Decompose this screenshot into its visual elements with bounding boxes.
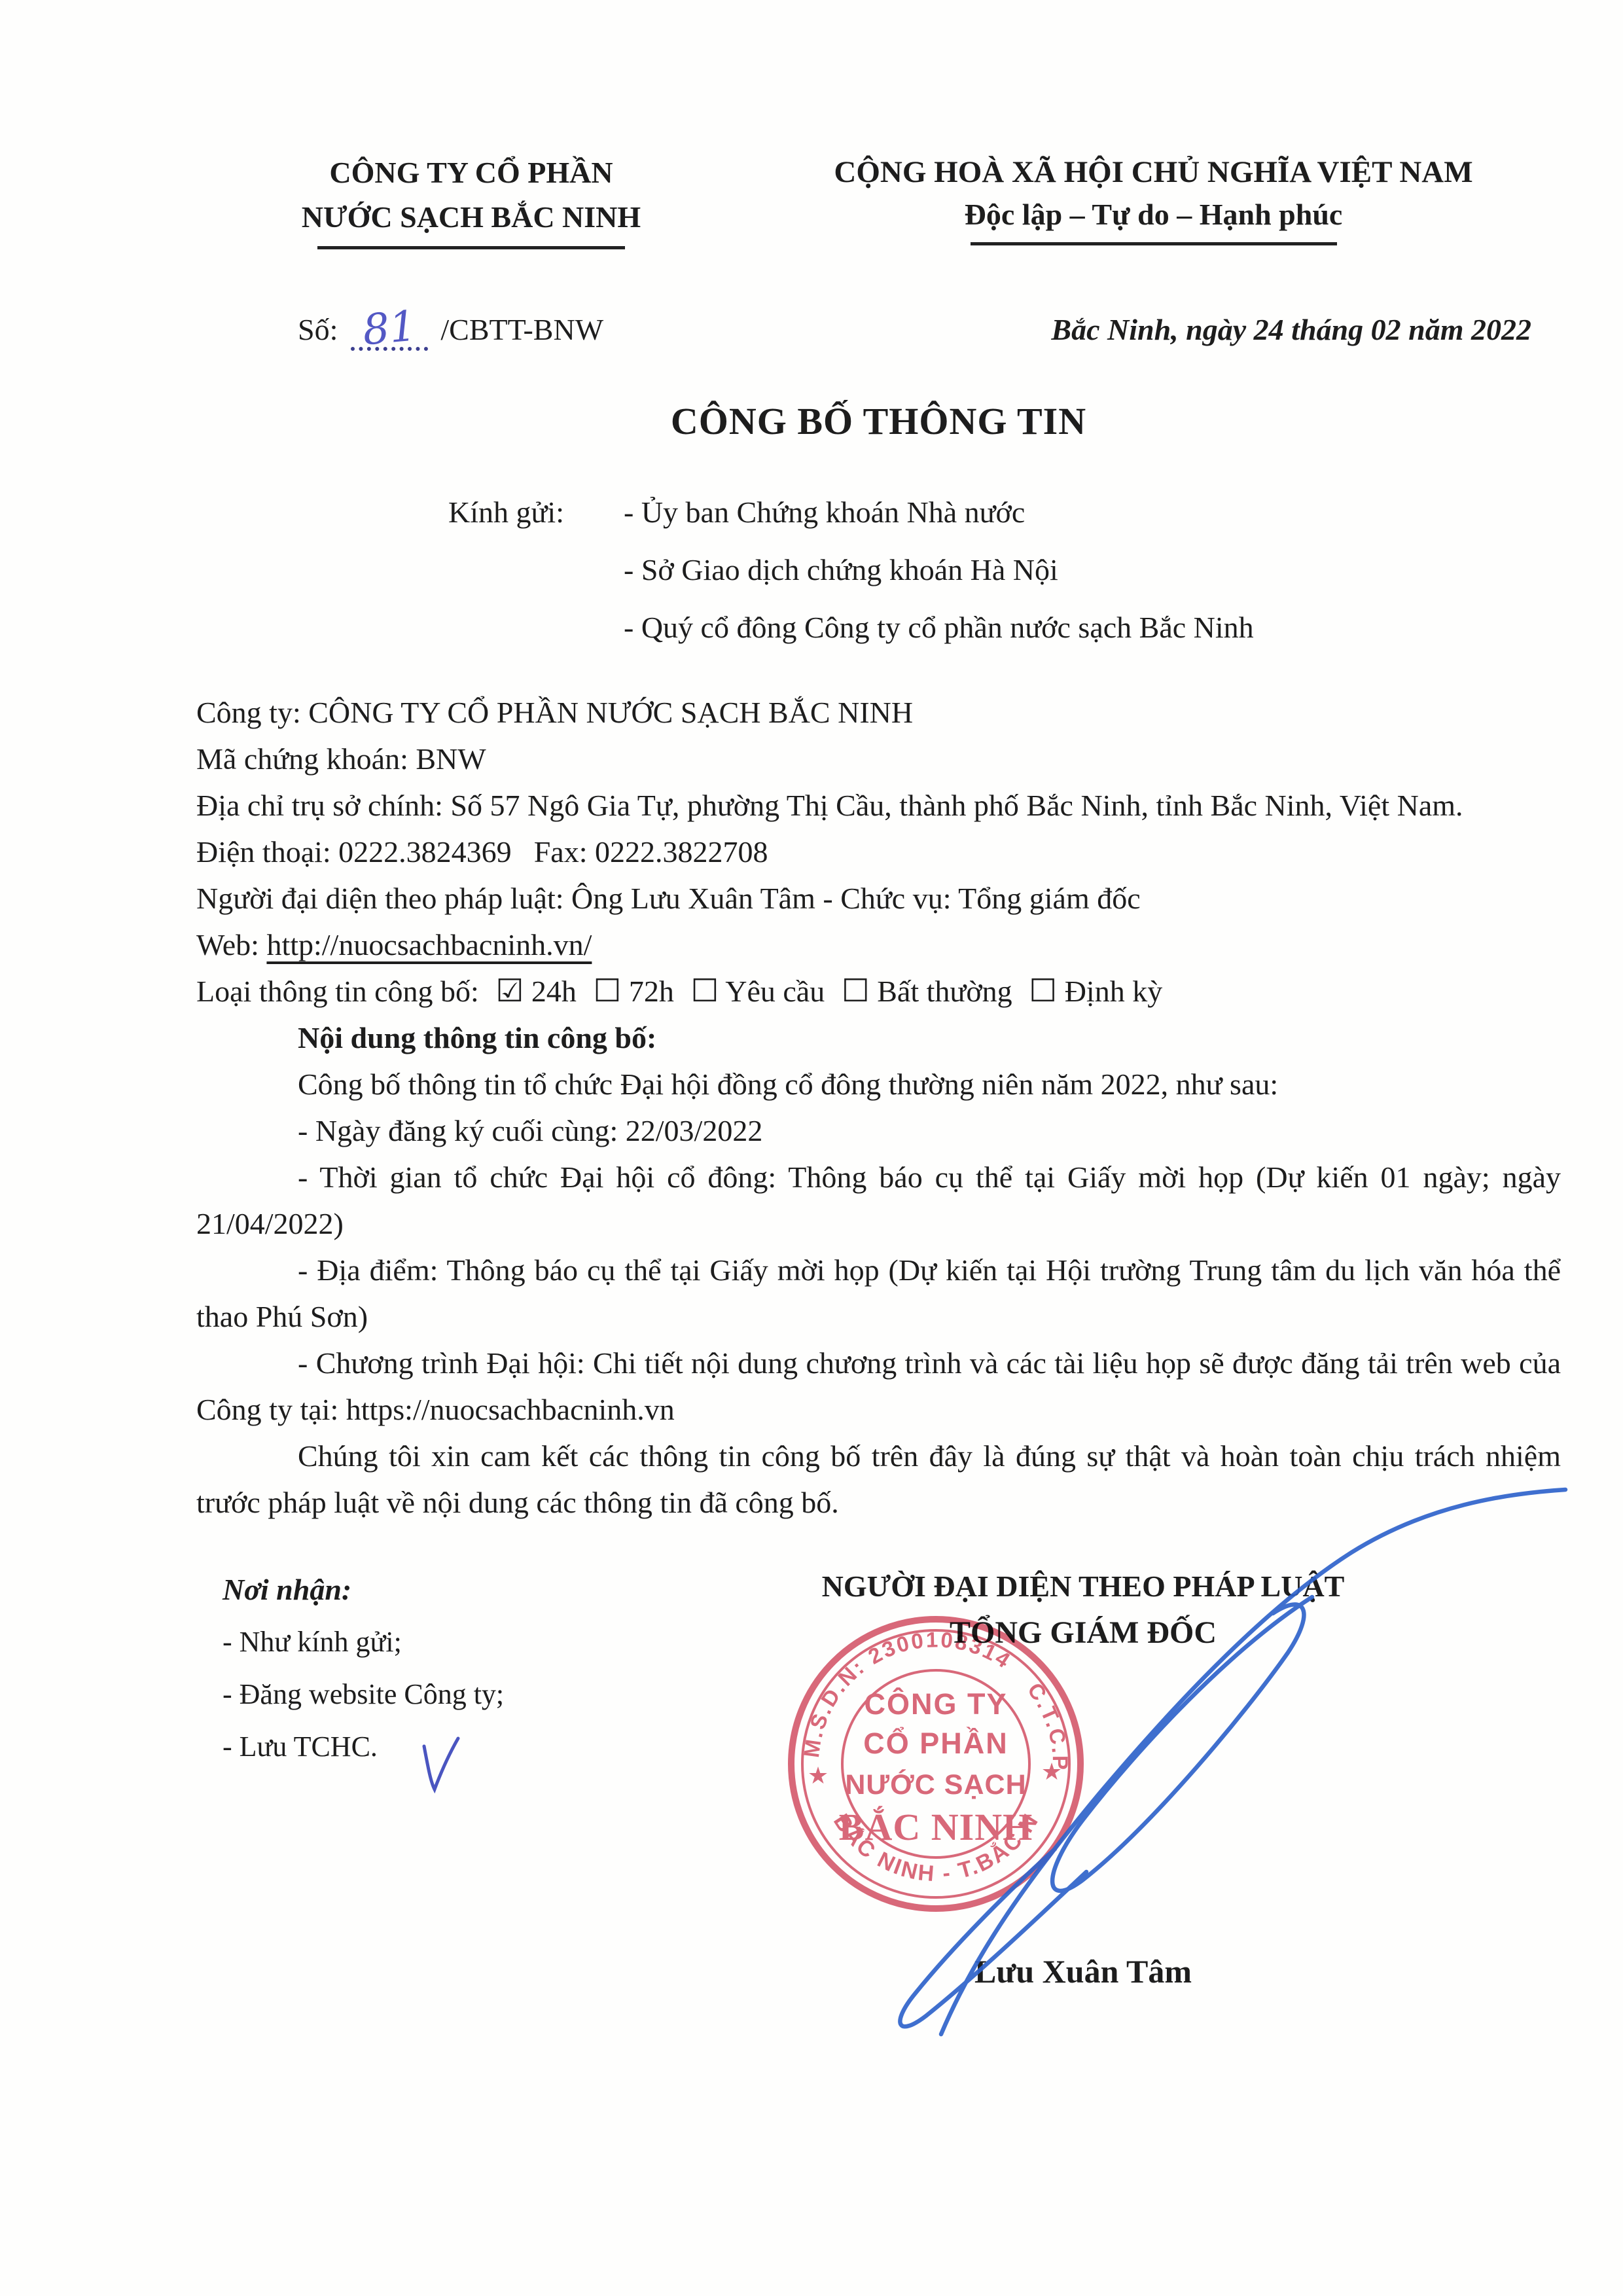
representative-line: Người đại diện theo pháp luật: Ông Lưu X… — [196, 875, 1561, 922]
recipient-item: - Quý cổ đông Công ty cổ phần nước sạch … — [624, 599, 1561, 656]
national-header: CỘNG HOÀ XÃ HỘI CHỦ NGHĨA VIỆT NAM Độc l… — [746, 151, 1561, 245]
option-24h[interactable]: ☑ 24h — [495, 975, 577, 1008]
noi-nhan-item: - Đăng website Công ty; — [223, 1668, 504, 1721]
empty-checkbox-icon[interactable]: ☐ — [690, 973, 719, 1009]
bullet-item: - Chương trình Đại hội: Chi tiết nội dun… — [196, 1340, 1561, 1433]
document-meta: Số: 81 /CBTT-BNW Bắc Ninh, ngày 24 tháng… — [196, 312, 1561, 351]
doc-number-dotted-field: 81 — [351, 312, 428, 351]
empty-checkbox-icon[interactable]: ☐ — [593, 973, 621, 1009]
option-72h[interactable]: ☐ 72h — [593, 975, 674, 1008]
motto-divider — [971, 242, 1337, 245]
content-intro: Công bố thông tin tổ chức Đại hội đồng c… — [196, 1061, 1561, 1107]
company-name-line1: CÔNG TY CỔ PHẦN — [196, 151, 746, 195]
national-motto-line2: Độc lập – Tự do – Hạnh phúc — [746, 194, 1561, 236]
fax-value: Fax: 0222.3822708 — [534, 835, 768, 869]
disclosure-type-line: Loại thông tin công bố: ☑ 24h ☐ 72h ☐ Yê… — [196, 968, 1561, 1014]
noi-nhan-label: Nơi nhận: — [223, 1564, 504, 1616]
empty-checkbox-icon[interactable]: ☐ — [842, 973, 870, 1009]
option-label: Định kỳ — [1065, 975, 1163, 1008]
phone-value: Điện thoại: 0222.3824369 — [196, 835, 512, 869]
national-motto-line1: CỘNG HOÀ XÃ HỘI CHỦ NGHĨA VIỆT NAM — [746, 151, 1561, 194]
stamp-center-line4: BẮC NINH — [839, 1806, 1033, 1848]
recipients-label: Kính gửi: — [448, 484, 624, 656]
legal-rep-title: NGƯỜI ĐẠI DIỆN THEO PHÁP LUẬT — [723, 1564, 1443, 1609]
commitment-paragraph: Chúng tôi xin cam kết các thông tin công… — [196, 1433, 1561, 1526]
content-heading: Nội dung thông tin công bố: — [196, 1014, 1561, 1061]
doc-number: Số: 81 /CBTT-BNW — [298, 312, 603, 351]
phone-fax-line: Điện thoại: 0222.3824369Fax: 0222.382270… — [196, 829, 1561, 875]
recipients-list: - Ủy ban Chứng khoán Nhà nước - Sở Giao … — [624, 484, 1561, 656]
option-dinh-ky[interactable]: ☐ Định kỳ — [1029, 975, 1162, 1008]
company-line: Công ty: CÔNG TY CỔ PHẦN NƯỚC SẠCH BẮC N… — [196, 689, 1561, 736]
stamp-star-left-icon: ★ — [808, 1762, 829, 1789]
stamp-center-line3: NƯỚC SẠCH — [845, 1768, 1026, 1801]
recipient-item: - Ủy ban Chứng khoán Nhà nước — [624, 484, 1561, 541]
option-yeu-cau[interactable]: ☐ Yêu cầu — [690, 975, 825, 1008]
bullet-item: - Địa điểm: Thông báo cụ thể tại Giấy mờ… — [196, 1247, 1561, 1340]
document-body: Công ty: CÔNG TY CỔ PHẦN NƯỚC SẠCH BẮC N… — [196, 689, 1561, 1526]
stamp-star-right-icon: ★ — [1041, 1758, 1062, 1785]
dateline: Bắc Ninh, ngày 24 tháng 02 năm 2022 — [1051, 312, 1561, 347]
web-link[interactable]: http://nuocsachbacninh.vn/ — [266, 928, 592, 961]
header-divider — [317, 246, 625, 249]
web-label: Web: — [196, 928, 259, 961]
page-title: CÔNG BỐ THÔNG TIN — [196, 399, 1561, 443]
document-page: CÔNG TY CỔ PHẦN NƯỚC SẠCH BẮC NINH CỘNG … — [0, 0, 1623, 2296]
bullet-item: - Ngày đăng ký cuối cùng: 22/03/2022 — [196, 1107, 1561, 1154]
handwritten-number: 81 — [363, 326, 416, 331]
empty-checkbox-icon[interactable]: ☐ — [1029, 973, 1057, 1009]
stamp-center-line2: CỔ PHẦN — [863, 1727, 1008, 1760]
company-stamp: M.S.D.N: 2300108314 C.T.C.P TP. BẮC NINH… — [782, 1610, 1090, 1918]
option-bat-thuong[interactable]: ☐ Bất thường — [842, 975, 1012, 1008]
recipients-block: Kính gửi: - Ủy ban Chứng khoán Nhà nước … — [196, 484, 1561, 656]
signer-name: Lưu Xuân Tâm — [723, 1952, 1443, 1990]
noi-nhan-item: - Như kính gửi; — [223, 1616, 504, 1668]
doc-number-suffix: /CBTT-BNW — [440, 313, 603, 346]
doc-number-label: Số: — [298, 313, 338, 346]
option-label: 24h — [531, 975, 577, 1008]
company-header: CÔNG TY CỔ PHẦN NƯỚC SẠCH BẮC NINH — [196, 151, 746, 249]
bullet-item: - Thời gian tổ chức Đại hội cổ đông: Thô… — [196, 1154, 1561, 1247]
option-label: 72h — [629, 975, 674, 1008]
recipient-item: - Sở Giao dịch chứng khoán Hà Nội — [624, 541, 1561, 599]
checked-checkbox-icon[interactable]: ☑ — [495, 973, 524, 1009]
disclosure-type-label: Loại thông tin công bố: — [196, 975, 479, 1008]
address-line: Địa chỉ trụ sở chính: Số 57 Ngô Gia Tự, … — [196, 782, 1561, 829]
option-label: Bất thường — [877, 975, 1012, 1008]
option-label: Yêu cầu — [725, 975, 825, 1008]
company-name-line2: NƯỚC SẠCH BẮC NINH — [196, 195, 746, 240]
web-line: Web: http://nuocsachbacninh.vn/ — [196, 922, 1561, 968]
noi-nhan-block: Nơi nhận: - Như kính gửi; - Đăng website… — [223, 1564, 504, 1990]
stamp-center-line1: CÔNG TY — [864, 1687, 1007, 1721]
header: CÔNG TY CỔ PHẦN NƯỚC SẠCH BẮC NINH CỘNG … — [196, 151, 1561, 249]
noi-nhan-item: - Lưu TCHC. — [223, 1721, 504, 1773]
ticker-line: Mã chứng khoán: BNW — [196, 736, 1561, 782]
